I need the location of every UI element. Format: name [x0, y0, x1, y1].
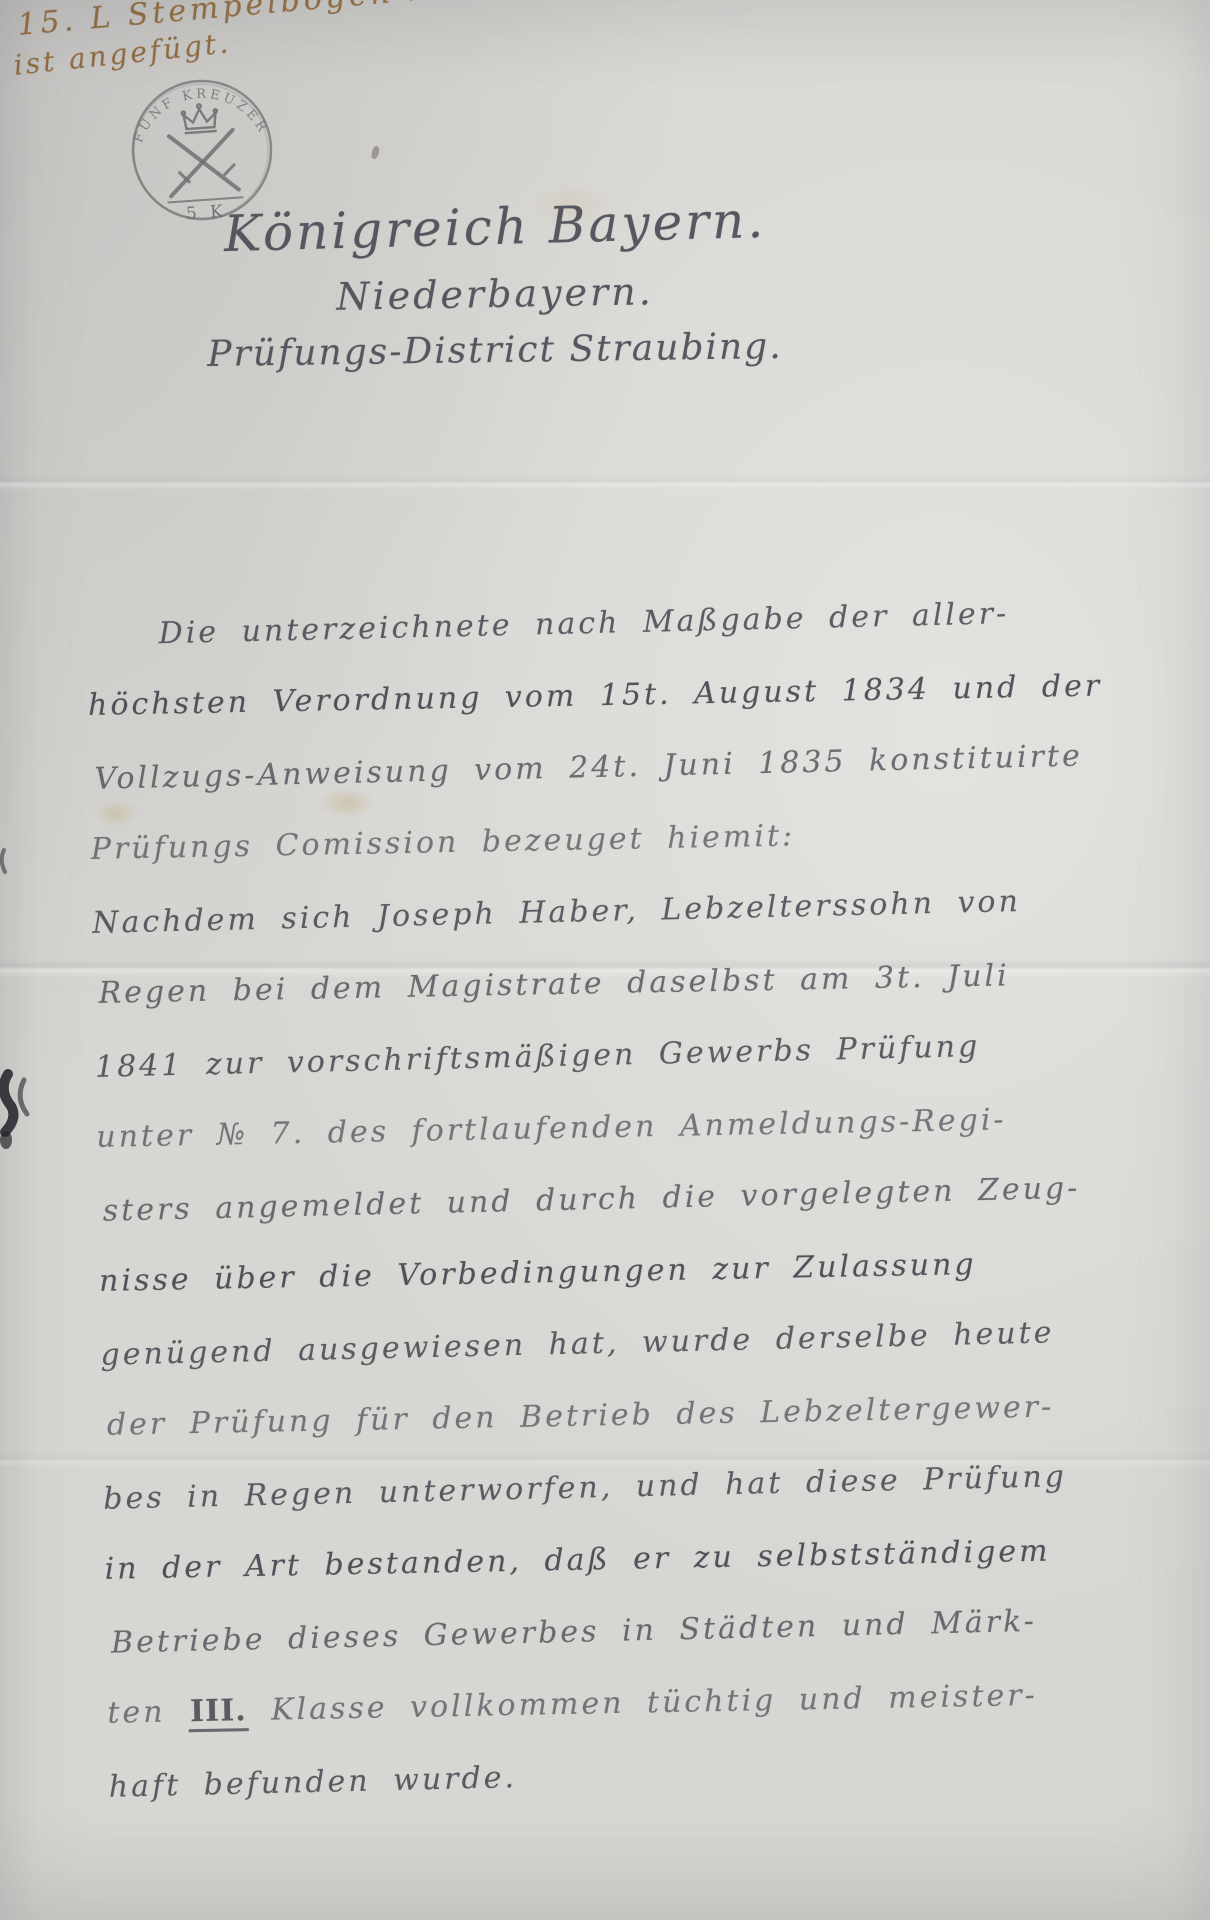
document-body: Die unterzeichnete nach Maßgabe der alle… [86, 581, 999, 1822]
stamp-arc-text: FÜNF KREUZER [128, 82, 272, 146]
header-district-line: Prüfungs-District Straubing. [60, 324, 930, 377]
crossed-scepters-icon [167, 130, 239, 197]
handwritten-annotation: 15. L Stempelbogen m ist angefügt. [16, 8, 440, 82]
ink-speck [370, 145, 381, 160]
emphasis-pre: ten [107, 1694, 188, 1731]
document-header: Königreich Bayern. Niederbayern. Prüfung… [60, 198, 930, 371]
document-page: 15. L Stempelbogen m ist angefügt. FÜNF … [0, 0, 1210, 1920]
emphasis-post: Klasse vollkommen tüchtig und meister- [248, 1678, 1038, 1728]
fold-crease [0, 474, 1210, 490]
header-kingdom-line: Königreich Bayern. [59, 187, 930, 268]
crown-icon [181, 103, 218, 133]
header-region-line: Niederbayern. [60, 264, 931, 323]
ink-blot [0, 838, 60, 1168]
emphasis-roman-numeral: III. [188, 1693, 249, 1732]
